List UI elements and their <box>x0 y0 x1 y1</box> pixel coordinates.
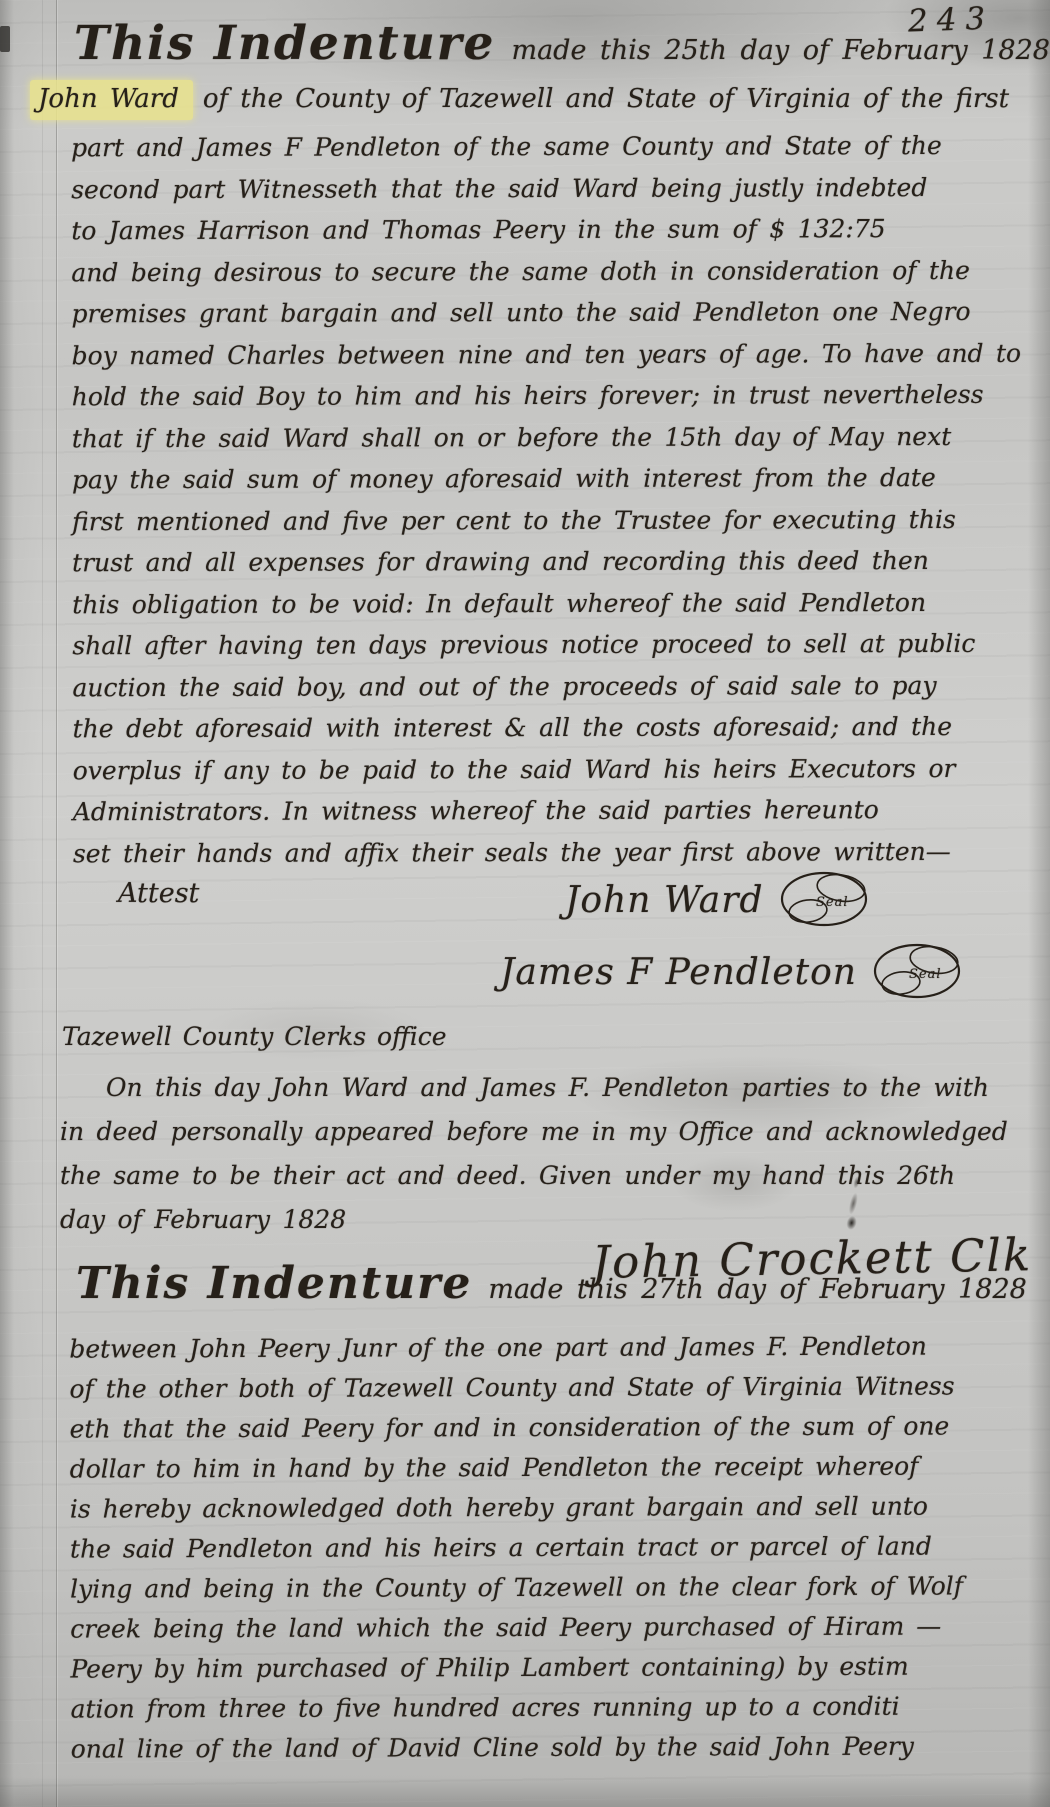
clerk-office-heading: Tazewell County Clerks office <box>62 1022 447 1051</box>
manuscript-line: Administrators. In witness whereof the s… <box>73 789 1023 833</box>
manuscript-line: Peery by him purchased of Philip Lambert… <box>70 1646 963 1689</box>
manuscript-line: auction the said boy, and out of the pro… <box>72 664 1022 708</box>
manuscript-line: eth that the said Peery for and in consi… <box>70 1406 963 1449</box>
manuscript-line: hold the said Boy to him and his heirs f… <box>72 374 1022 418</box>
manuscript-line: lying and being in the County of Tazewel… <box>70 1566 963 1609</box>
attest-label: Attest <box>118 878 199 909</box>
scan-edge-mark <box>0 26 10 52</box>
manuscript-line: part and James F Pendleton of the same C… <box>71 125 1021 169</box>
manuscript-line: shall after having ten days previous not… <box>72 623 1022 667</box>
manuscript-line: boy named Charles between nine and ten y… <box>72 332 1022 376</box>
second-indenture-opening: This Indenturemade this 27th day of Febr… <box>76 1258 1027 1309</box>
first-indenture-body: part and James F Pendleton of the same C… <box>71 125 1022 874</box>
manuscript-line: is hereby acknowledged doth hereby grant… <box>70 1486 963 1529</box>
signature-name: John Ward <box>565 880 764 921</box>
manuscript-line: second part Witnesseth that the said War… <box>71 166 1021 210</box>
manuscript-line: On this day John Ward and James F. Pendl… <box>60 1066 1008 1110</box>
clerk-acknowledgment-body: On this day John Ward and James F. Pendl… <box>60 1066 1008 1242</box>
manuscript-line: the debt aforesaid with interest & all t… <box>73 706 1023 750</box>
highlight-line-rest: of the County of Tazewell and State of V… <box>203 84 1009 114</box>
highlighted-name: John Ward <box>30 80 193 120</box>
first-indenture-opening: This Indenturemade this 25th day of Febr… <box>74 16 1050 71</box>
manuscript-line: of the other both of Tazewell County and… <box>69 1366 962 1409</box>
second-indenture-body: between John Peery Junr of the one part … <box>69 1326 963 1769</box>
opening-line-rest: made this 27th day of February 1828 <box>488 1274 1026 1305</box>
manuscript-line: this obligation to be void: In default w… <box>72 581 1022 625</box>
manuscript-line: overplus if any to be paid to the said W… <box>73 747 1023 791</box>
manuscript-line: creek being the land which the said Peer… <box>70 1606 963 1649</box>
manuscript-line: set their hands and affix their seals th… <box>73 830 1023 874</box>
manuscript-line: and being desirous to secure the same do… <box>71 249 1021 293</box>
manuscript-line: premises grant bargain and sell unto the… <box>71 291 1021 335</box>
opening-script-words: This Indenture <box>74 16 495 71</box>
signature-james-pendleton: James F Pendleton Seal <box>500 940 967 1002</box>
opening-line-rest: made this 25th day of February 1828 betw… <box>511 35 1050 66</box>
signature-john-ward: John Ward Seal <box>565 868 874 930</box>
manuscript-line: to James Harrison and Thomas Peery in th… <box>71 208 1021 252</box>
seal-word: Seal <box>909 967 942 982</box>
manuscript-line: dollar to him in hand by the said Pendle… <box>70 1446 963 1489</box>
manuscript-line: first mentioned and five per cent to the… <box>72 498 1022 542</box>
margin-rule-line <box>56 0 57 1807</box>
signature-name: James F Pendleton <box>500 952 857 993</box>
seal-flourish-icon: Seal <box>871 940 967 1002</box>
opening-script-words: This Indenture <box>76 1258 472 1309</box>
manuscript-line: trust and all expenses for drawing and r… <box>72 540 1022 584</box>
manuscript-line: that if the said Ward shall on or before… <box>72 415 1022 459</box>
scanned-page: 243 This Indenturemade this 25th day of … <box>0 0 1050 1807</box>
manuscript-line: pay the said sum of money aforesaid with… <box>72 457 1022 501</box>
manuscript-line: ation from three to five hundred acres r… <box>70 1686 963 1729</box>
manuscript-line: onal line of the land of David Cline sol… <box>71 1726 964 1769</box>
highlighted-line: John Wardof the County of Tazewell and S… <box>30 84 1009 114</box>
manuscript-line: the said Pendleton and his heirs a certa… <box>70 1526 963 1569</box>
seal-flourish-icon: Seal <box>778 868 874 930</box>
manuscript-line: between John Peery Junr of the one part … <box>69 1326 962 1369</box>
manuscript-line: in deed personally appeared before me in… <box>60 1110 1008 1154</box>
seal-word: Seal <box>816 895 849 910</box>
